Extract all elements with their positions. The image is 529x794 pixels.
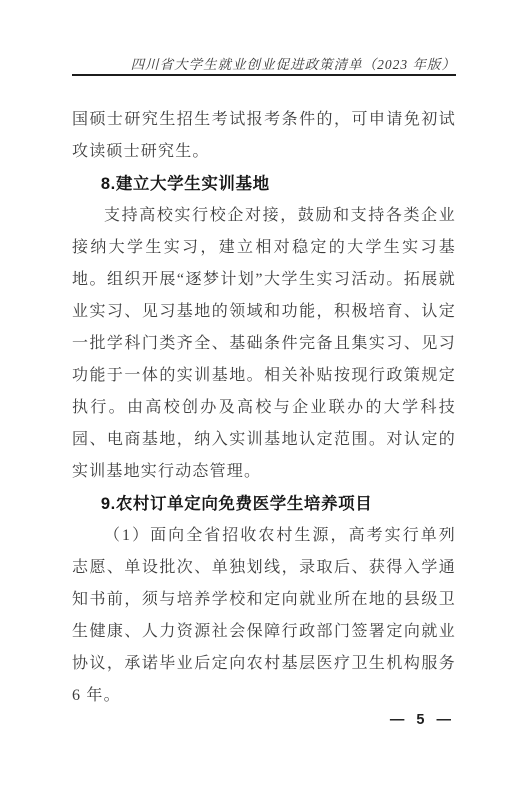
paragraph-continuation: 国硕士研究生招生考试报考条件的，可申请免初试攻读硕士研究生。 [72, 104, 456, 168]
section-heading-9: 9.农村订单定向免费医学生培养项目 [72, 488, 456, 520]
document-body: 国硕士研究生招生考试报考条件的，可申请免初试攻读硕士研究生。 8.建立大学生实训… [72, 104, 456, 712]
page-footer: — 5 — [390, 712, 455, 728]
header-rule [72, 74, 456, 76]
section-heading-8: 8.建立大学生实训基地 [72, 168, 456, 200]
header-title: 四川省大学生就业创业促进政策清单（2023 年版） [72, 53, 456, 73]
paragraph-section-9: （1）面向全省招收农村生源，高考实行单列志愿、单设批次、单独划线，录取后、获得入… [72, 520, 456, 712]
page-number: — 5 — [390, 712, 455, 728]
paragraph-section-8: 支持高校实行校企对接，鼓励和支持各类企业接纳大学生实习，建立相对稳定的大学生实习… [72, 200, 456, 488]
document-page: 四川省大学生就业创业促进政策清单（2023 年版） 国硕士研究生招生考试报考条件… [0, 0, 529, 794]
